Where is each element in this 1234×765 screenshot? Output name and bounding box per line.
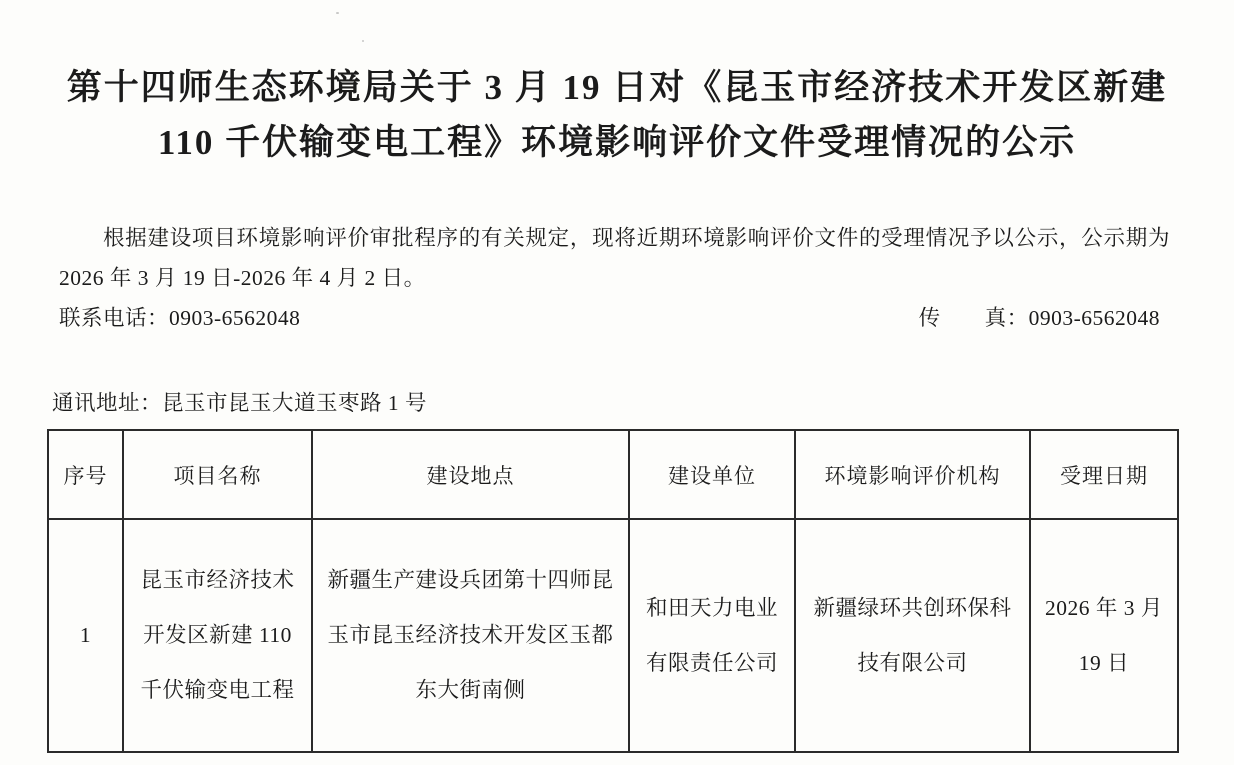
cell-serial-number: 1 [48,519,123,752]
acceptance-table: 序号 项目名称 建设地点 建设单位 环境影响评价机构 受理日期 1 昆玉市经济技… [47,429,1179,753]
col-header-construction-site: 建设地点 [312,430,629,519]
notice-paragraph: 根据建设项目环境影响评价审批程序的有关规定，现将近期环境影响评价文件的受理情况予… [59,218,1170,298]
address-label: 通讯地址： [52,391,162,415]
col-header-project-name: 项目名称 [123,430,312,519]
col-header-eia-agency: 环境影响评价机构 [795,430,1030,519]
scanned-notice-page: 第十四师生态环境局关于 3 月 19 日对《昆玉市经济技术开发区新建 110 千… [0,0,1234,765]
page-title-line-2: 110 千伏输变电工程》环境影响评价文件受理情况的公示 [0,115,1234,170]
page-title-line-1: 第十四师生态环境局关于 3 月 19 日对《昆玉市经济技术开发区新建 [0,60,1234,115]
col-header-construction-unit: 建设单位 [629,430,795,519]
phone-label: 联系电话： [59,306,169,330]
phone-value: 0903-6562048 [169,306,300,330]
fax-value: 0903-6562048 [1029,306,1160,330]
contact-row: 联系电话：0903-6562048 传 真：0903-6562048 [59,298,1160,338]
scan-speck [336,12,339,14]
cell-construction-site: 新疆生产建设兵团第十四师昆玉市昆玉经济技术开发区玉都东大街南侧 [312,519,629,752]
cell-acceptance-date: 2026 年 3 月 19 日 [1030,519,1178,752]
page-title: 第十四师生态环境局关于 3 月 19 日对《昆玉市经济技术开发区新建 110 千… [0,0,1234,170]
fax-label: 传 真： [919,306,1029,330]
phone-line: 联系电话：0903-6562048 [59,298,300,338]
cell-construction-unit: 和田天力电业有限责任公司 [629,519,795,752]
address-line: 通讯地址：昆玉市昆玉大道玉枣路 1 号 [52,388,1234,418]
col-header-acceptance-date: 受理日期 [1030,430,1178,519]
cell-eia-agency: 新疆绿环共创环保科技有限公司 [795,519,1030,752]
table-row: 1 昆玉市经济技术开发区新建 110 千伏输变电工程 新疆生产建设兵团第十四师昆… [48,519,1178,752]
cell-project-name: 昆玉市经济技术开发区新建 110 千伏输变电工程 [123,519,312,752]
scan-speck [362,40,364,42]
col-header-serial-number: 序号 [48,430,123,519]
fax-line: 传 真：0903-6562048 [919,298,1160,338]
address-value: 昆玉市昆玉大道玉枣路 1 号 [162,391,427,415]
table-header-row: 序号 项目名称 建设地点 建设单位 环境影响评价机构 受理日期 [48,430,1178,519]
